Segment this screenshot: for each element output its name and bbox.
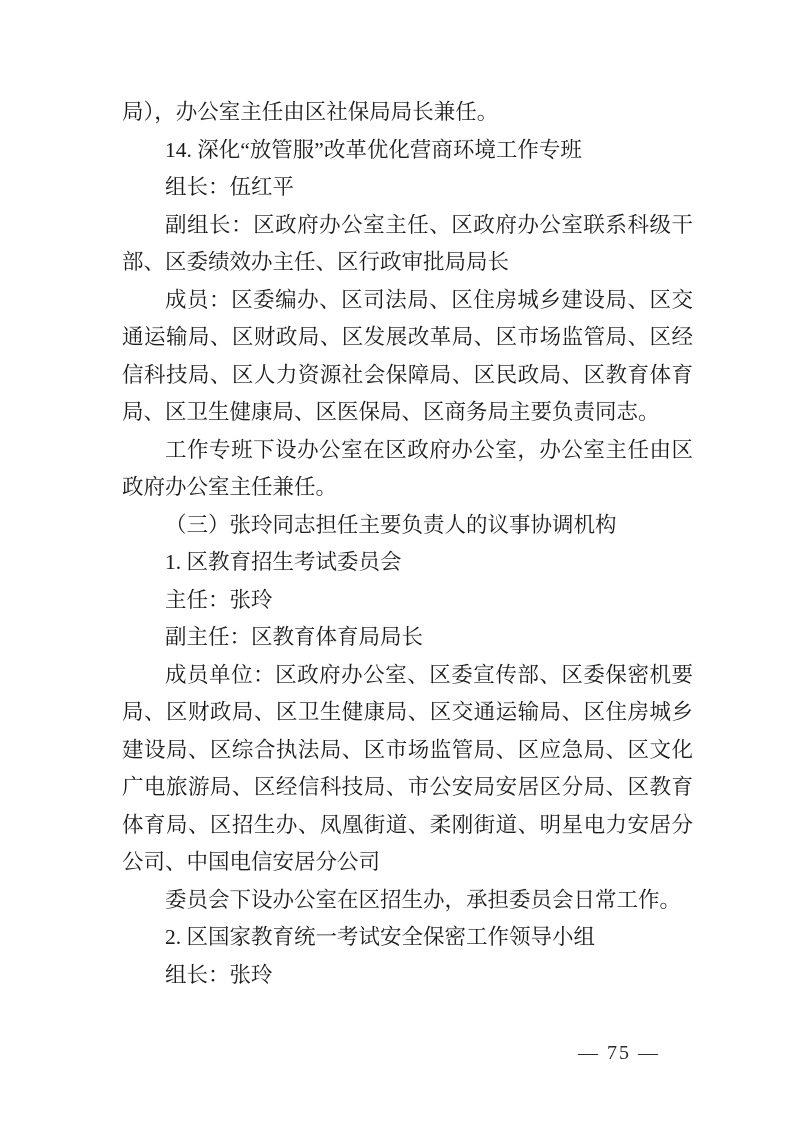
page-number: — 75 — xyxy=(578,1042,660,1064)
document-line: 工作专班下设办公室在区政府办公室，办公室主任由区 xyxy=(122,432,693,470)
document-line: 广电旅游局、区经信科技局、市公安局安居区分局、区教育 xyxy=(122,769,693,807)
document-line: 委员会下设办公室在区招生办，承担委员会日常工作。 xyxy=(122,882,693,920)
document-line: 公司、中国电信安居分公司 xyxy=(122,844,693,882)
document-line: 信科技局、区人力资源社会保障局、区民政局、区教育体育 xyxy=(122,357,693,395)
document-line: 局），办公室主任由区社保局局长兼任。 xyxy=(122,94,693,132)
document-line: 体育局、区招生办、凤凰街道、柔刚街道、明星电力安居分 xyxy=(122,807,693,845)
document-line: 政府办公室主任兼任。 xyxy=(122,469,693,507)
document-line: 局、区卫生健康局、区医保局、区商务局主要负责同志。 xyxy=(122,394,693,432)
document-line: 1. 区教育招生考试委员会 xyxy=(122,544,693,582)
document-body: 局），办公室主任由区社保局局长兼任。 14. 深化“放管服”改革优化营商环境工作… xyxy=(122,94,693,994)
document-line: 组长：张玲 xyxy=(122,957,693,995)
document-line: 成员：区委编办、区司法局、区住房城乡建设局、区交 xyxy=(122,282,693,320)
document-line: 2. 区国家教育统一考试安全保密工作领导小组 xyxy=(122,919,693,957)
document-line: 部、区委绩效办主任、区行政审批局局长 xyxy=(122,244,693,282)
page-footer: — 75 — xyxy=(578,1039,660,1067)
document-line: 局、区财政局、区卫生健康局、区交通运输局、区住房城乡 xyxy=(122,694,693,732)
document-line: 成员单位：区政府办公室、区委宣传部、区委保密机要 xyxy=(122,657,693,695)
document-line: 副组长：区政府办公室主任、区政府办公室联系科级干 xyxy=(122,207,693,245)
document-line: （三）张玲同志担任主要负责人的议事协调机构 xyxy=(122,507,693,545)
document-line: 14. 深化“放管服”改革优化营商环境工作专班 xyxy=(122,132,693,170)
document-line: 副主任：区教育体育局局长 xyxy=(122,619,693,657)
document-line: 建设局、区综合执法局、区市场监管局、区应急局、区文化 xyxy=(122,732,693,770)
document-page: 局），办公室主任由区社保局局长兼任。 14. 深化“放管服”改革优化营商环境工作… xyxy=(0,0,793,1122)
document-line: 主任：张玲 xyxy=(122,582,693,620)
document-line: 组长：伍红平 xyxy=(122,169,693,207)
document-line: 通运输局、区财政局、区发展改革局、区市场监管局、区经 xyxy=(122,319,693,357)
